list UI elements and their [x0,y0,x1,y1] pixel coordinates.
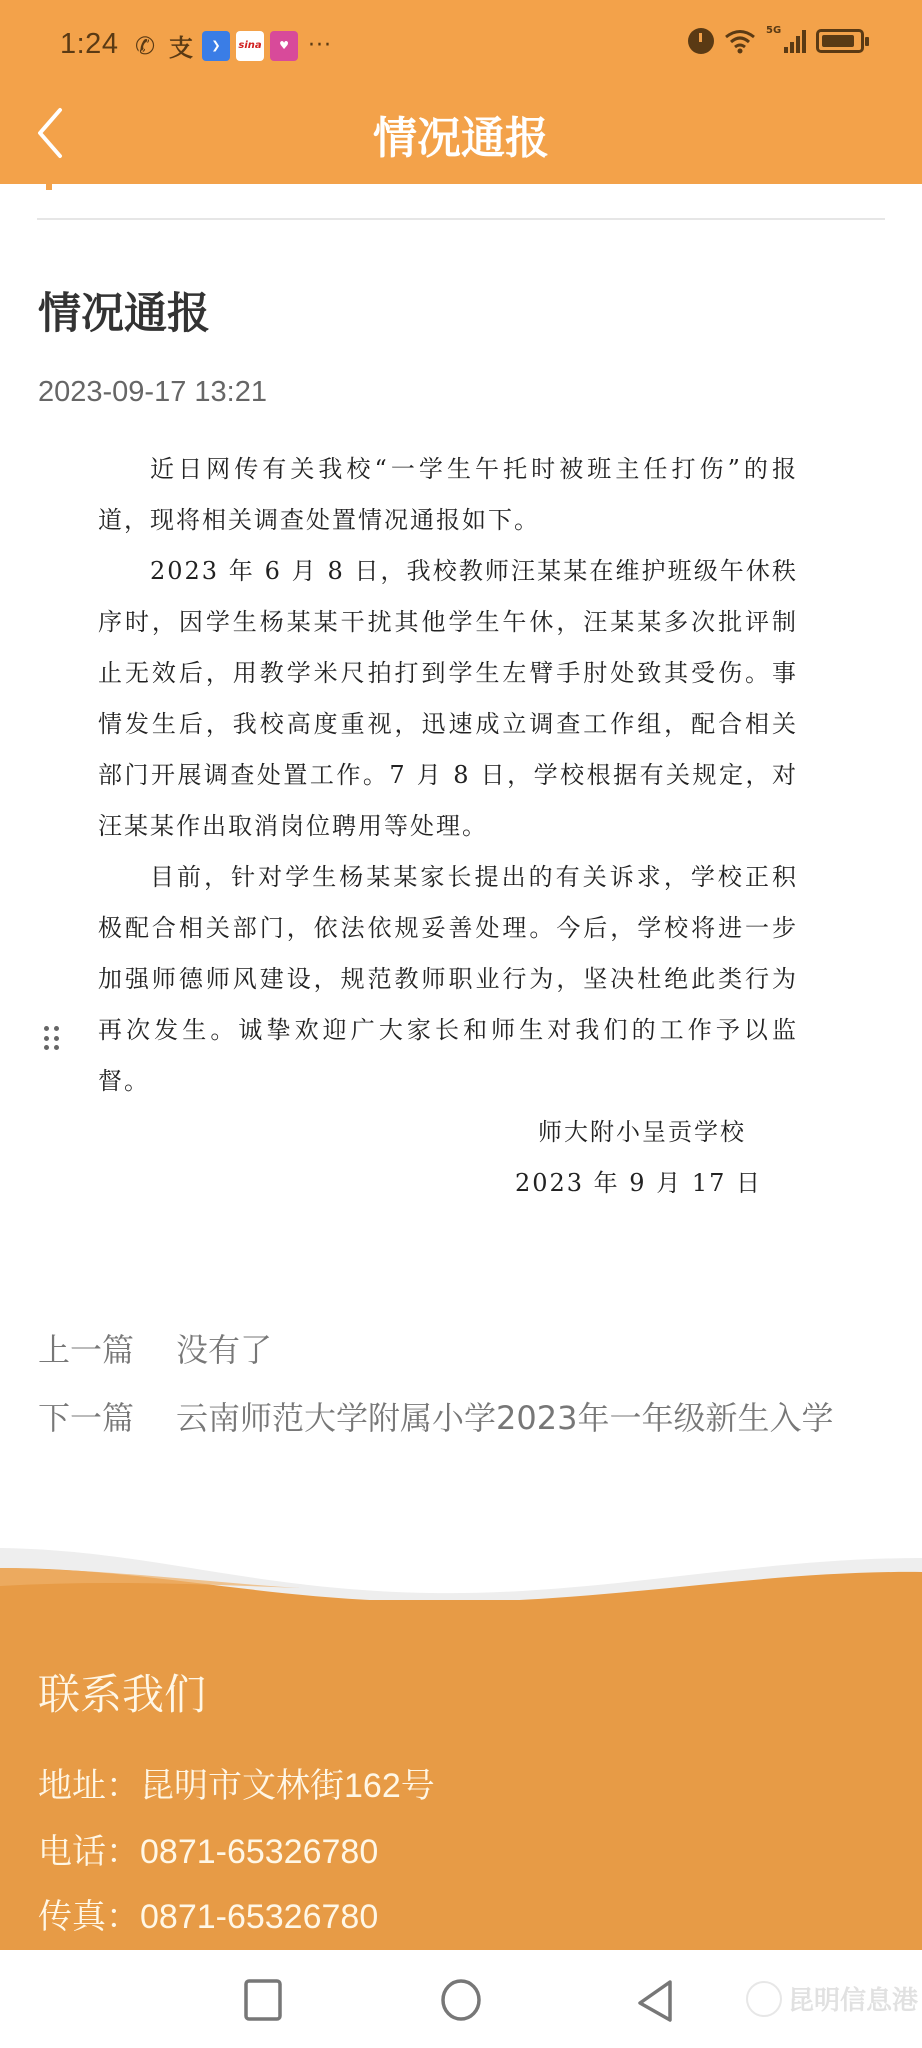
pink-app-icon: ♥ [270,31,298,61]
blue-app-icon: ❯ [202,31,230,61]
next-label: 下一篇 [38,1393,176,1439]
wave-decoration [0,1490,922,1610]
prev-title: 没有了 [176,1325,272,1371]
notice-document-image: 近日网传有关我校“一学生午托时被班主任打伤”的报道，现将相关调查处置情况通报如下… [98,444,798,1209]
network-type: 5G [766,25,781,36]
app-header: 1:24 ✆ 支 ❯ sina ♥ ··· 5G [0,0,922,184]
article-title: 情况通报 [38,280,210,341]
battery-icon [816,29,864,53]
alipay-icon: 支 [166,28,196,63]
watermark: 昆明信息港 [746,1980,918,2017]
doc-signature: 师大附小呈贡学校 [98,1107,798,1158]
wifi-icon [724,28,756,54]
page-title: 情况通报 [0,102,922,166]
tab-indicator [46,184,52,190]
system-status-icons: 5G [688,28,864,54]
missed-call-icon: ✆ [130,32,160,60]
contact-address: 地址：昆明市文林街162号 [38,1758,435,1807]
watermark-logo-icon [746,1981,782,2017]
contact-title: 联系我们 [38,1662,206,1722]
next-article-link[interactable]: 下一篇 云南师范大学附属小学2023年一年级新生入学 [38,1382,898,1450]
doc-paragraph: 近日网传有关我校“一学生午托时被班主任打伤”的报道，现将相关调查处置情况通报如下… [98,444,798,546]
next-title: 云南师范大学附属小学2023年一年级新生入学 [176,1393,833,1439]
status-time: 1:24 [60,28,118,61]
triangle-back-icon[interactable] [636,1979,676,2023]
doc-signed-date: 2023 年 9 月 17 日 [98,1158,798,1209]
nav-bar: 情况通报 [0,84,922,184]
sina-icon: sina [236,31,264,61]
prev-next-nav: 上一篇 没有了 下一篇 云南师范大学附属小学2023年一年级新生入学 [38,1314,898,1450]
contact-fax: 传真：0871-65326780 [38,1889,378,1938]
more-icon: ··· [308,33,332,58]
prev-article-link[interactable]: 上一篇 没有了 [38,1314,898,1382]
contact-phone[interactable]: 电话：0871-65326780 [38,1824,378,1873]
doc-paragraph: 目前，针对学生杨某某家长提出的有关诉求，学校正积极配合相关部门，依法依规妥善处理… [98,852,798,1107]
divider [37,218,885,220]
status-bar: 1:24 ✆ 支 ❯ sina ♥ ··· 5G [0,22,922,72]
alarm-icon [688,28,714,54]
article-datetime: 2023-09-17 13:21 [38,376,267,409]
doc-paragraph: 2023 年 6 月 8 日，我校教师汪某某在维护班级午休秩序时，因学生杨某某干… [98,546,798,852]
square-icon[interactable] [244,1979,282,2021]
circle-icon[interactable] [440,1979,482,2021]
drag-handle-icon[interactable] [44,1026,60,1052]
watermark-text: 昆明信息港 [788,1980,918,2017]
notification-icons: ✆ 支 ❯ sina ♥ ··· [130,28,332,63]
contact-footer: 联系我们 地址：昆明市文林街162号 电话：0871-65326780 传真：0… [0,1490,922,1950]
prev-label: 上一篇 [38,1325,176,1371]
signal-icon: 5G [766,29,806,53]
